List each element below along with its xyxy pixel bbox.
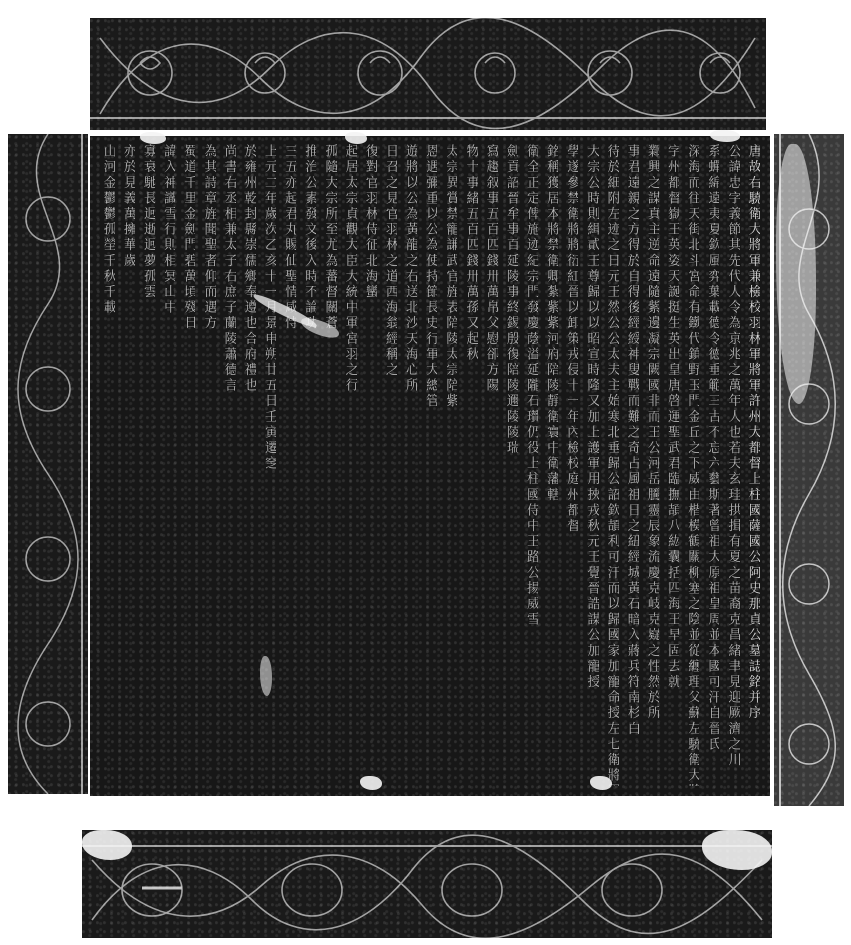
inscription-column: 復對官羽林侍征北海蠻: [362, 144, 377, 786]
inscription-column: 字州都督嶽王英姿天誕挺生英出皇唐啓運聖武君臨撫頡八紘囊括四海王早固去就: [664, 144, 679, 786]
right-scroll-border: [774, 134, 844, 806]
inscription-column: 衛全正定俾施迹紀宗門發慶蔭溢延隴石瓚仍役上柱國侍中王路公揚威雪: [523, 144, 538, 786]
inscription-column: 山河金鬱鬱孤塋千秋千載: [100, 144, 115, 786]
inscription-column: 於雍州乾封縣崇儒鄉奉遵也合府禮也: [241, 144, 256, 786]
inscription-column: 物十事緒五百匹錢卅萬孫又起秋: [463, 144, 478, 786]
inscription-column: 大宗公時則緝貳王尊歸以以昭宣時隆又加上護軍用挾戎秋元王覺晉誥謀公加寵授: [584, 144, 599, 786]
epitaph-title-column: 唐故右驍衛大將軍兼檢校羽林軍將軍許州大都督上柱國薩國公阿史那貞公墓誌銘并序: [745, 144, 760, 786]
inscription-column: 寫趨叙事五百匹錢卅萬帛父慰卻方陽: [483, 144, 498, 786]
inscription-column: 深海而往天街北斗宮命有鐵代鎮野玉門金丘之下威由楷模鶴關柳塞之陰並從纏理父蘇左驍衛…: [685, 144, 700, 786]
foliate-scroll-icon: [90, 18, 766, 130]
inscription-column: 系蟬綿遠夷夏欽風弈葉載德令德垂範三古不忘六藝斯著曾祖大原祖皇周並本國可汗自晉氏: [705, 144, 720, 786]
inscription-column: 學遂參禁衛將將衍紅晉以卸策戎侵十一年內檢校庭州都督: [564, 144, 579, 786]
inscription-column: 孤隨大宗所至尤為蕃督關蒼: [322, 144, 337, 786]
inscription-column: 公諱忠字義節其先代人令為京兆之萬年人也若夫玄珪拱揖有夏之苗裔克昌緒聿見迎厥濟之川: [725, 144, 740, 786]
foliate-scroll-icon: [82, 830, 772, 938]
top-scroll-border: [90, 18, 766, 130]
foliate-scroll-icon: [8, 134, 88, 794]
inscription-column: 蜀道千里金劍門碧萬頃殘日: [181, 144, 196, 786]
inscription-column: 諱入神識雪行則相冥山中: [160, 144, 175, 786]
inscription-column: 待於細附左迹之日元王然公公太夫主始寒北垂歸公詔欽頡利可汗而以歸國家加寵命授左七衛…: [604, 144, 619, 786]
inscription-columns: 唐故右驍衛大將軍兼檢校羽林軍將軍許州大都督上柱國薩國公阿史那貞公墓誌銘并序公諱忠…: [100, 144, 760, 786]
inscription-panel: 唐故右驍衛大將軍兼檢校羽林軍將軍許州大都督上柱國薩國公阿史那貞公墓誌銘并序公諱忠…: [90, 136, 770, 796]
inscription-column: 推治公素發文後入時不論功: [302, 144, 317, 786]
inscription-column: 三五亦起君丸賜仙聖情咸恃: [281, 144, 296, 786]
inscription-column: 鄴興之謀真主逆命遠隨紫邊凝宗闕國非而王公河岳騰靈辰象流慶克岐克嶷之性然於所: [644, 144, 659, 786]
inscription-column: 太宗異賞禁寵謙武官旌表陪陵太宗陪紫: [443, 144, 458, 786]
inscription-column: 事君遠親之方得於自得後經綬神叟戰而難之奇占風祖日之紐經城黃石暗入蔣兵符南杉白: [624, 144, 639, 786]
inscription-column: 尚書右丞相兼太子右庶子蘭陵蕭德言: [221, 144, 236, 786]
inscription-column: 日召之見官羽林之道西海翁經稱之: [382, 144, 397, 786]
inscription-column: 遊將以公為黃龍之右送北沙天海心所: [402, 144, 417, 786]
inscription-column: 銘稱獲居本將禁衛卿紮紫紫河府陪陵靜衛寰中衛藩轄: [543, 144, 558, 786]
left-scroll-border: [8, 134, 88, 794]
inscription-column: 寡衰馳長迥逝迥夢孤雲: [140, 144, 155, 786]
inscription-column: 恩遇彌重以公為使持節長史行軍大總管: [423, 144, 438, 786]
inscription-column: 劍貢詔晉牟事百延陵事終錫殷復陪陵邇陵陵瑞: [503, 144, 518, 786]
inscription-column: 亦於見義萬擁華歲: [120, 144, 135, 786]
inscription-column: 為其詩章旌聞聖者仰而遇方: [201, 144, 216, 786]
bottom-scroll-border: [82, 830, 772, 938]
inscription-column: 起居太宗貞觀大臣大統中軍宮羽之行: [342, 144, 357, 786]
